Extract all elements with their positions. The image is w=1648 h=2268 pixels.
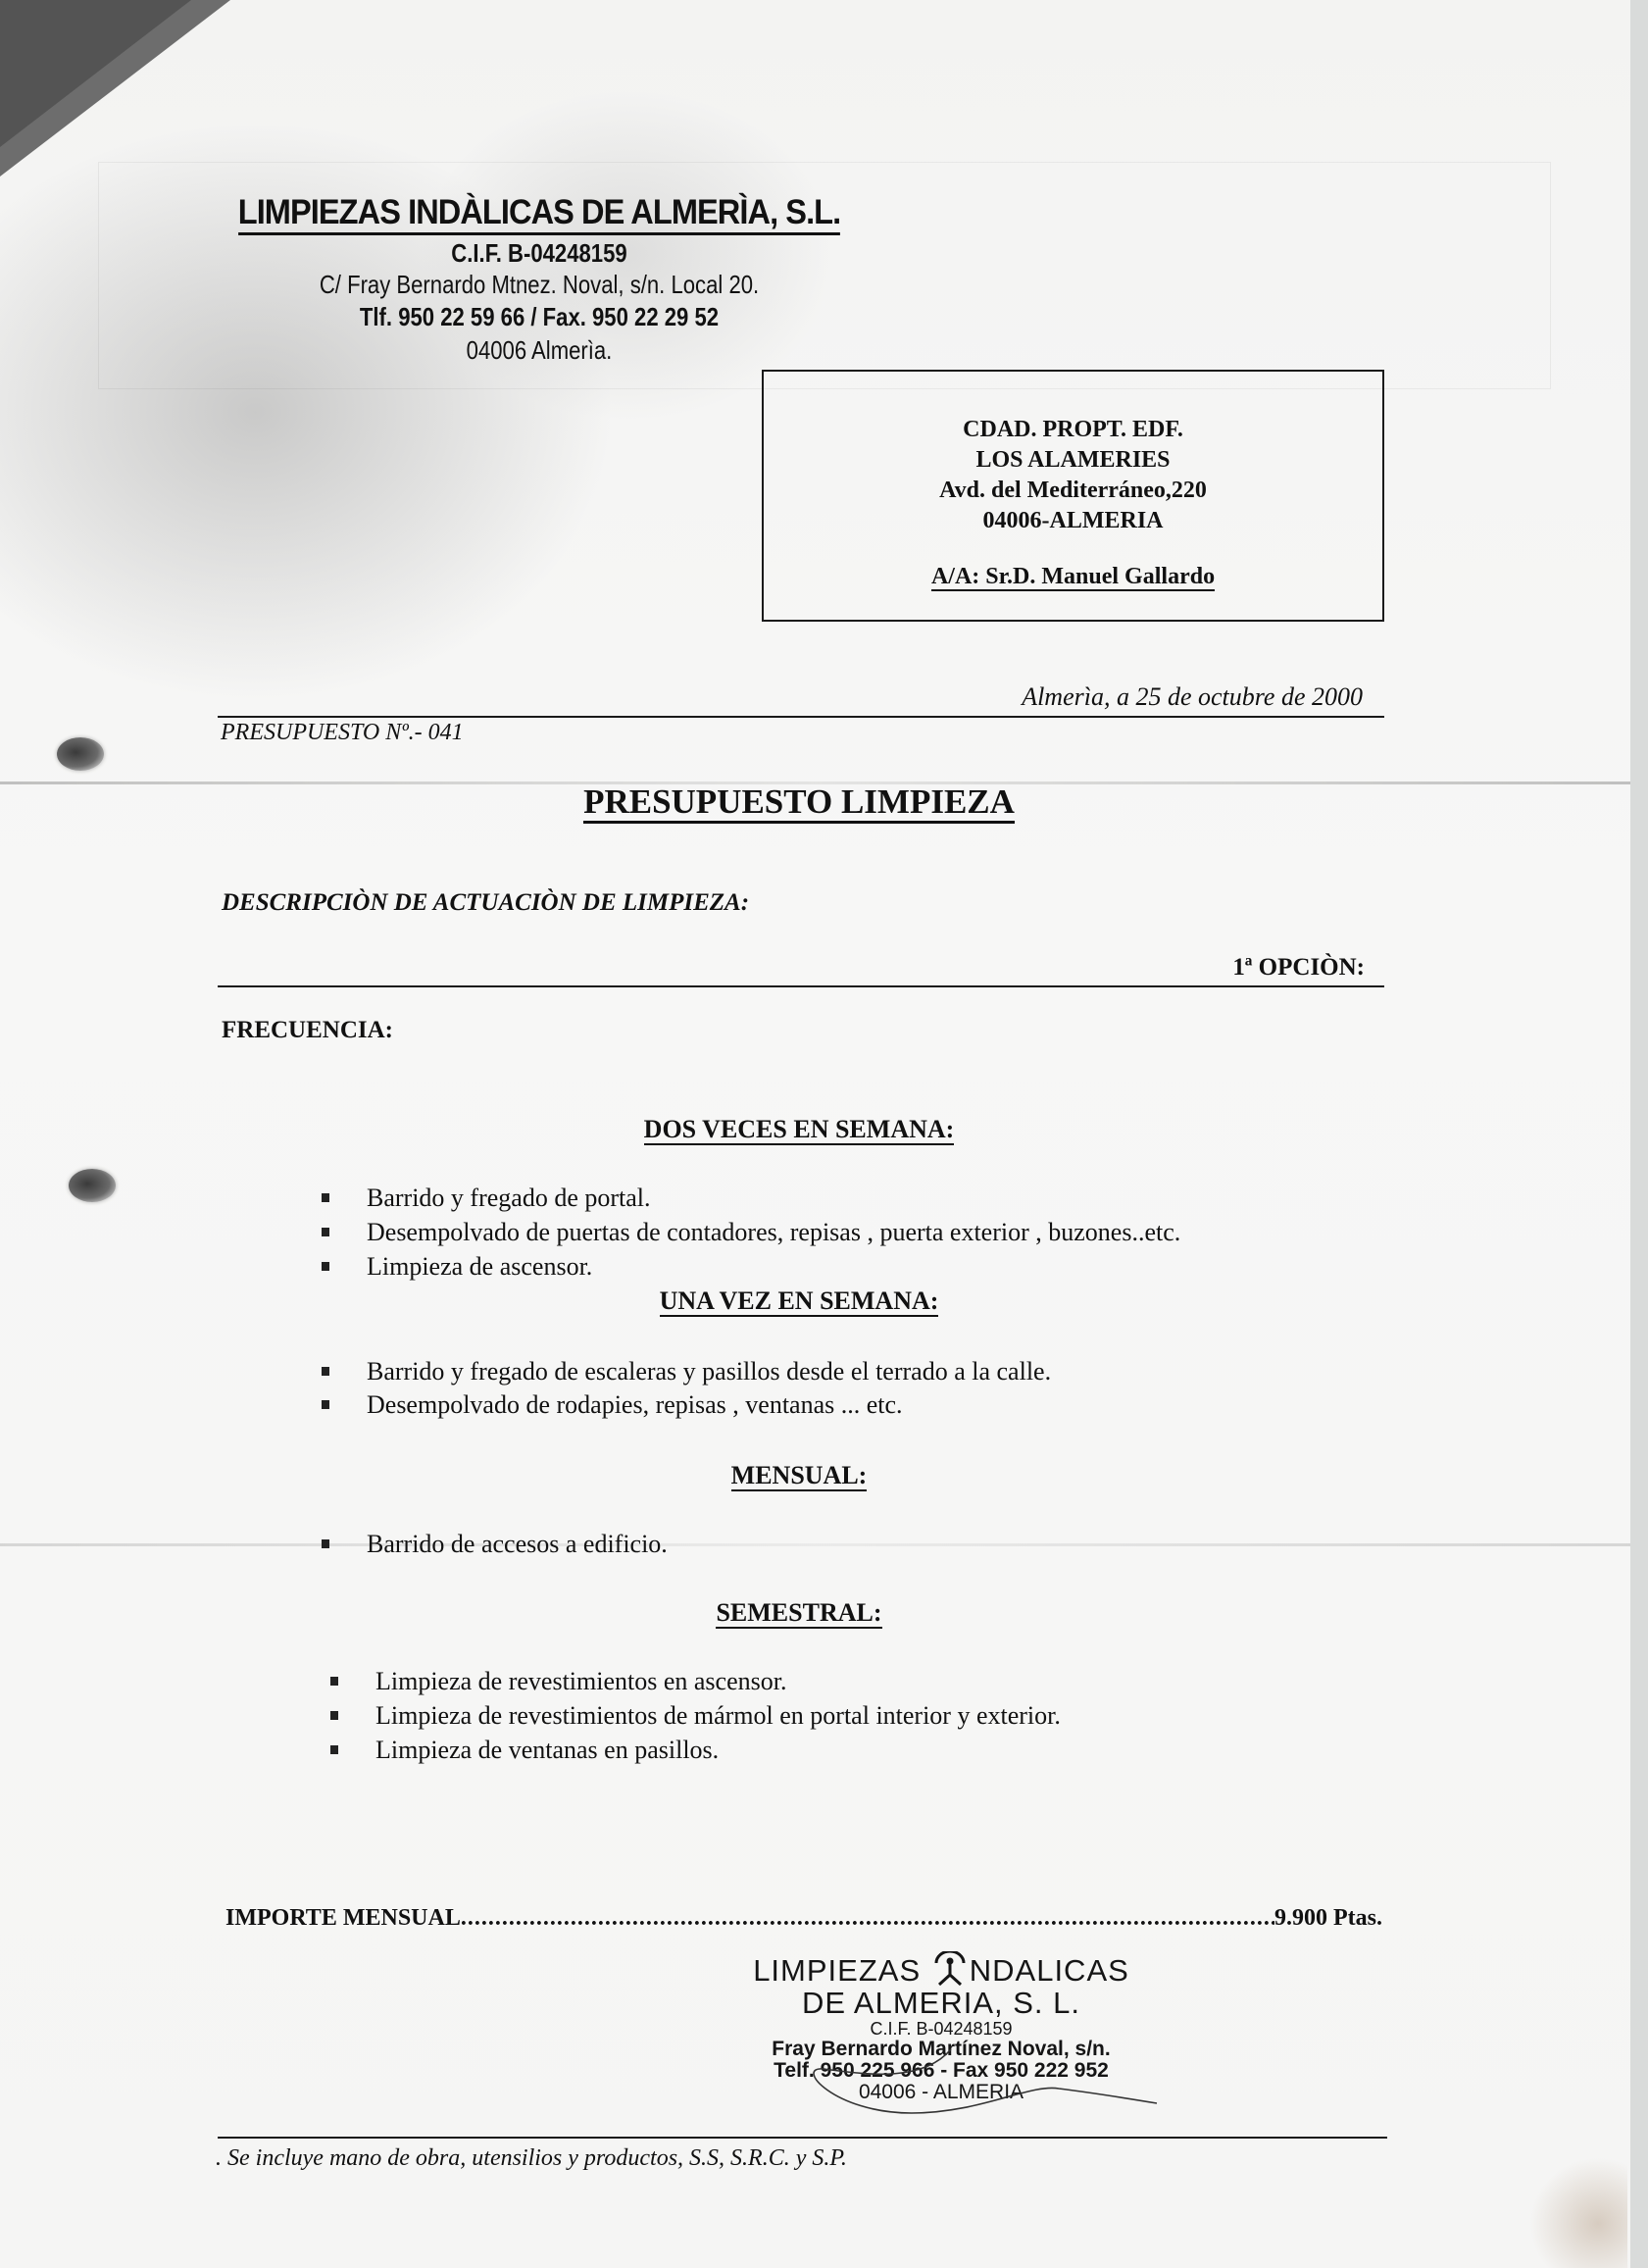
bullet-icon: [330, 1677, 338, 1686]
attention-name: A/A: Sr.D. Manuel Gallardo: [931, 564, 1215, 591]
recipient-attention: A/A: Sr.D. Manuel Gallardo: [764, 562, 1382, 592]
section-heading-text: SEMESTRAL:: [716, 1598, 881, 1629]
stamp-phone-fax: Telf. 950 225 966 - Fax 950 222 952: [706, 2060, 1176, 2082]
stamp-line1-left: LIMPIEZAS: [753, 1953, 921, 1988]
recipient-line: CDAD. PROPT. EDF.: [764, 415, 1382, 445]
bullet-icon: [322, 1400, 329, 1409]
document-date: Almerìa, a 25 de octubre de 2000: [1022, 682, 1363, 712]
divider: [218, 985, 1384, 987]
list-item: Limpieza de ascensor.: [322, 1252, 592, 1282]
letterhead-address: C/ Fray Bernardo Mtnez. Noval, s/n. Loca…: [81, 270, 998, 300]
dot-leader: [461, 1905, 1274, 1932]
stamp-line1: LIMPIEZAS NDALICAS: [706, 1951, 1176, 1987]
letterhead-phone-fax: Tlf. 950 22 59 66 / Fax. 950 22 29 52: [81, 302, 998, 332]
recipient-address-box: CDAD. PROPT. EDF. LOS ALAMERIES Avd. del…: [762, 370, 1384, 622]
indalo-icon: [930, 1951, 970, 1987]
bullet-icon: [322, 1193, 329, 1202]
list-item: Barrido y fregado de portal.: [322, 1184, 651, 1213]
section-heading: SEMESTRAL:: [0, 1598, 1598, 1628]
recipient-lines: CDAD. PROPT. EDF. LOS ALAMERIES Avd. del…: [764, 415, 1382, 536]
document-title: PRESUPUESTO LIMPIEZA: [0, 782, 1598, 822]
budget-number: PRESUPUESTO Nº.- 041: [221, 720, 464, 746]
paper-stain: [1529, 2157, 1627, 2268]
recipient-line: 04006-ALMERIA: [764, 506, 1382, 536]
scanned-page: LIMPIEZAS INDÀLICAS DE ALMERÌA, S.L. C.I…: [0, 0, 1630, 2268]
list-item: Barrido de accesos a edificio.: [322, 1530, 668, 1559]
divider: [218, 716, 1384, 718]
frequency-label: FRECUENCIA:: [222, 1017, 393, 1044]
recipient-line: Avd. del Mediterráneo,220: [764, 476, 1382, 506]
list-item-text: Limpieza de revestimientos en ascensor.: [375, 1667, 786, 1695]
letterhead-company: LIMPIEZAS INDÀLICAS DE ALMERÌA, S.L.: [38, 193, 1041, 232]
list-item: Limpieza de revestimientos de mármol en …: [330, 1701, 1061, 1731]
section-heading: UNA VEZ EN SEMANA:: [0, 1286, 1598, 1316]
list-item-text: Barrido de accesos a edificio.: [367, 1530, 668, 1558]
section-heading-text: UNA VEZ EN SEMANA:: [660, 1286, 939, 1317]
bullet-icon: [322, 1539, 329, 1548]
bullet-icon: [322, 1262, 329, 1271]
folded-corner-shadow-inner: [0, 0, 191, 147]
stamp-cif: C.I.F. B-04248159: [706, 2019, 1176, 2039]
bullet-icon: [322, 1367, 329, 1376]
company-stamp: LIMPIEZAS NDALICAS DE ALMERIA, S. L. C.I…: [706, 1951, 1176, 2103]
monthly-total-row: IMPORTE MENSUAL 9.900 Ptas.: [225, 1905, 1382, 1932]
stamp-city: 04006 - ALMERIA: [706, 2082, 1176, 2103]
list-item-text: Barrido y fregado de escaleras y pasillo…: [367, 1357, 1051, 1386]
option-label: 1ª OPCIÒN:: [1232, 954, 1365, 982]
punch-hole-bottom: [69, 1169, 116, 1202]
bullet-icon: [330, 1711, 338, 1720]
list-item-text: Desempolvado de rodapies, repisas , vent…: [367, 1390, 903, 1419]
divider: [218, 2137, 1387, 2139]
recipient-line: LOS ALAMERIES: [764, 445, 1382, 476]
list-item: Desempolvado de rodapies, repisas , vent…: [322, 1390, 903, 1420]
section-heading: MENSUAL:: [0, 1461, 1598, 1490]
list-item-text: Limpieza de ventanas en pasillos.: [375, 1736, 719, 1764]
list-item: Limpieza de ventanas en pasillos.: [330, 1736, 719, 1765]
monthly-total-label: IMPORTE MENSUAL: [225, 1905, 461, 1932]
bullet-icon: [322, 1228, 329, 1236]
stamp-line2: DE ALMERIA, S. L.: [706, 1987, 1176, 2019]
section-heading: DOS VECES EN SEMANA:: [0, 1115, 1598, 1144]
letterhead-city: 04006 Almerìa.: [81, 335, 998, 366]
section-heading-text: DOS VECES EN SEMANA:: [644, 1115, 955, 1145]
bullet-icon: [330, 1745, 338, 1754]
footnote: . Se incluye mano de obra, utensilios y …: [216, 2145, 847, 2172]
description-label: DESCRIPCIÒN DE ACTUACIÒN DE LIMPIEZA:: [222, 889, 749, 917]
list-item-text: Barrido y fregado de portal.: [367, 1184, 651, 1212]
stamp-line1-right: NDALICAS: [970, 1953, 1129, 1988]
list-item-text: Limpieza de ascensor.: [367, 1252, 592, 1281]
list-item: Desempolvado de puertas de contadores, r…: [322, 1218, 1180, 1247]
list-item: Limpieza de revestimientos en ascensor.: [330, 1667, 786, 1696]
company-name: LIMPIEZAS INDÀLICAS DE ALMERÌA, S.L.: [238, 193, 841, 235]
punch-hole-top: [57, 737, 104, 771]
stamp-address: Fray Bernardo Martínez Noval, s/n.: [706, 2039, 1176, 2060]
list-item: Barrido y fregado de escaleras y pasillo…: [322, 1357, 1051, 1386]
title-text: PRESUPUESTO LIMPIEZA: [583, 782, 1015, 824]
letterhead-cif: C.I.F. B-04248159: [81, 238, 998, 269]
paper-fold-line: [0, 1543, 1630, 1546]
list-item-text: Desempolvado de puertas de contadores, r…: [367, 1218, 1180, 1246]
section-heading-text: MENSUAL:: [731, 1461, 868, 1491]
monthly-total-value: 9.900 Ptas.: [1274, 1905, 1382, 1932]
list-item-text: Limpieza de revestimientos de mármol en …: [375, 1701, 1061, 1730]
